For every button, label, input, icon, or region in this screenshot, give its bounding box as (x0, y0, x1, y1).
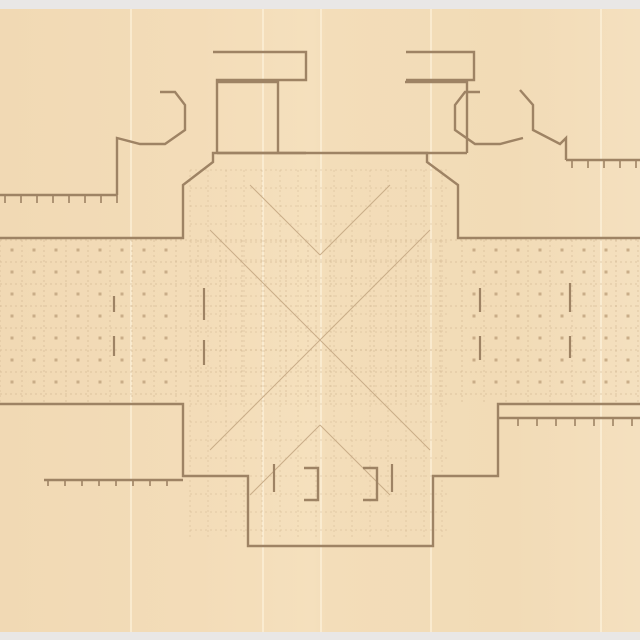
column (55, 381, 58, 384)
column (121, 271, 124, 274)
column-grid (0, 170, 640, 540)
column (165, 315, 168, 318)
column (583, 249, 586, 252)
column (583, 381, 586, 384)
column (495, 337, 498, 340)
column (627, 271, 630, 274)
column (517, 337, 520, 340)
column (495, 315, 498, 318)
column (473, 293, 476, 296)
vault-rib (250, 425, 320, 495)
column (33, 337, 36, 340)
vault-rib (210, 230, 320, 340)
column (143, 359, 146, 362)
vault-rib (320, 425, 390, 495)
column (77, 359, 80, 362)
column (143, 337, 146, 340)
column (561, 337, 564, 340)
column (55, 337, 58, 340)
column (605, 359, 608, 362)
column (55, 315, 58, 318)
column (55, 271, 58, 274)
column (627, 315, 630, 318)
column (55, 293, 58, 296)
column (11, 315, 14, 318)
column (627, 293, 630, 296)
column (33, 315, 36, 318)
column (605, 315, 608, 318)
column (11, 359, 14, 362)
column (165, 337, 168, 340)
column (99, 337, 102, 340)
wall-north-block-right (406, 52, 474, 80)
column (77, 271, 80, 274)
column (605, 271, 608, 274)
column (473, 249, 476, 252)
column (561, 381, 564, 384)
column (539, 293, 542, 296)
column (33, 381, 36, 384)
column (165, 293, 168, 296)
column (77, 249, 80, 252)
column (165, 359, 168, 362)
column (121, 337, 124, 340)
column (473, 337, 476, 340)
column (539, 359, 542, 362)
column (121, 293, 124, 296)
wall-outlines (0, 52, 640, 546)
wall-ne-bay (455, 92, 523, 144)
column (627, 337, 630, 340)
column (517, 381, 520, 384)
column (11, 271, 14, 274)
column (121, 249, 124, 252)
column (539, 381, 542, 384)
column (605, 337, 608, 340)
wall-buttresses (5, 160, 636, 486)
column (11, 381, 14, 384)
column (495, 249, 498, 252)
column (55, 249, 58, 252)
vault-rib (320, 185, 390, 255)
vault-rib (320, 230, 430, 340)
column (517, 359, 520, 362)
column (561, 359, 564, 362)
column (517, 315, 520, 318)
column (605, 249, 608, 252)
column (143, 249, 146, 252)
column (495, 271, 498, 274)
column (11, 337, 14, 340)
wall-north-inner-left (217, 82, 278, 153)
column (165, 381, 168, 384)
column (539, 271, 542, 274)
column (99, 381, 102, 384)
column (33, 271, 36, 274)
column (583, 337, 586, 340)
column (143, 381, 146, 384)
column (605, 293, 608, 296)
column (99, 293, 102, 296)
vault-rib (210, 340, 320, 450)
column (99, 249, 102, 252)
column (121, 381, 124, 384)
column (99, 271, 102, 274)
wall-north-block-left (213, 52, 306, 153)
column (627, 381, 630, 384)
column (583, 293, 586, 296)
column (33, 249, 36, 252)
column (99, 315, 102, 318)
vault-diagonals (210, 185, 430, 495)
column (583, 271, 586, 274)
column (583, 359, 586, 362)
column (77, 381, 80, 384)
column (539, 249, 542, 252)
column (583, 315, 586, 318)
column (561, 293, 564, 296)
column (143, 293, 146, 296)
column (473, 315, 476, 318)
column (11, 293, 14, 296)
column (473, 381, 476, 384)
floor-plan-drawing (0, 0, 640, 640)
column (165, 271, 168, 274)
column (605, 381, 608, 384)
wall-ne-bay2 (520, 90, 566, 160)
column (77, 315, 80, 318)
column (539, 337, 542, 340)
column (143, 271, 146, 274)
column (627, 359, 630, 362)
wall-north-inner-right (405, 82, 467, 153)
column (99, 359, 102, 362)
column (165, 249, 168, 252)
column (143, 315, 146, 318)
column (121, 359, 124, 362)
vault-rib (250, 185, 320, 255)
column (121, 315, 124, 318)
column (33, 293, 36, 296)
piers (11, 249, 630, 493)
vault-rib (320, 340, 430, 450)
column (473, 271, 476, 274)
column (77, 337, 80, 340)
column (627, 249, 630, 252)
column (33, 359, 36, 362)
column (495, 293, 498, 296)
column (539, 315, 542, 318)
column (77, 293, 80, 296)
column (495, 359, 498, 362)
column (561, 249, 564, 252)
column (517, 271, 520, 274)
column (11, 249, 14, 252)
wall-nw-bay (117, 92, 185, 195)
column (561, 271, 564, 274)
column (55, 359, 58, 362)
column (517, 293, 520, 296)
column (495, 381, 498, 384)
column (517, 249, 520, 252)
column (561, 315, 564, 318)
column (473, 359, 476, 362)
